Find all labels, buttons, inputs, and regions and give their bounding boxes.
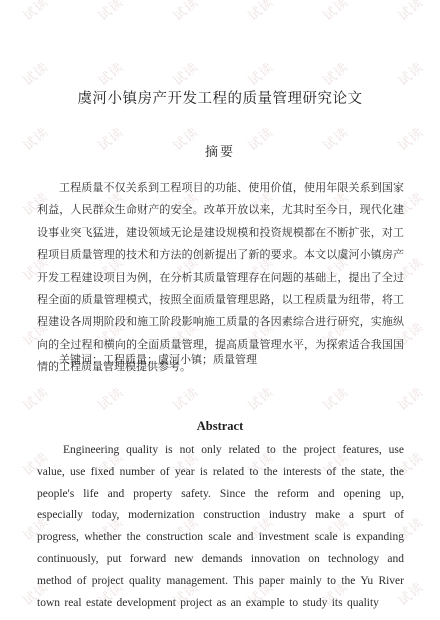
keywords-line: 关键词：工程质量；虞河小镇；质量管理 xyxy=(37,349,404,371)
abstract-en-paragraph: Engineering quality is not only related … xyxy=(37,440,404,614)
page-content: 虞河小镇房产开发工程的质量管理研究论文 摘要 工程质量不仅关系到工程项目的功能、… xyxy=(0,0,440,620)
paper-title: 虞河小镇房产开发工程的质量管理研究论文 xyxy=(0,87,440,108)
abstract-zh-heading: 摘要 xyxy=(0,141,440,160)
document-page: 试读试读试读试读试读试读试读试读试读试读试读试读试读试读试读试读试读试读试读试读… xyxy=(0,0,440,620)
abstract-en-heading: Abstract xyxy=(0,419,440,434)
